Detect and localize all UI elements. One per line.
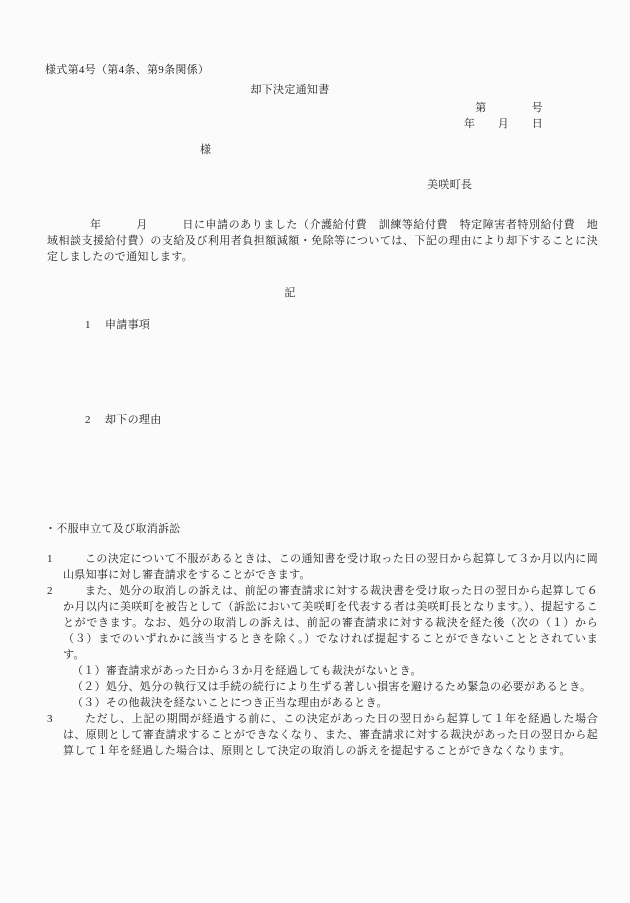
- appeal-item-text: また、処分の取消しの訴えは、前記の審査請求に対する裁決書を受け取った日の翌日から…: [63, 583, 598, 663]
- item-number: 1: [85, 317, 105, 333]
- appeal-item-3: 3 ただし、上記の期間が経過する前に、この決定があった日の翌日から起算して１年を…: [63, 711, 598, 759]
- doc-number-line: 第 号: [47, 100, 543, 116]
- record-marker: 記: [47, 285, 533, 301]
- item-label: 申請事項: [105, 319, 150, 331]
- appeal-sub-item-3: （３）その他裁決を経ないことにつき正当な理由があるとき。: [72, 695, 598, 711]
- item-label: 却下の理由: [105, 414, 162, 426]
- appeal-sub-item-1: （１）審査請求があった日から３か月を経過しても裁決がないとき。: [72, 663, 598, 679]
- appeal-item-number: 1: [47, 551, 53, 567]
- issuer-title: 美咲町長: [427, 177, 598, 193]
- document-page: 様式第4号（第4条、第9条関係） 却下決定通知書 第 号 年 月 日 様 美咲町…: [0, 0, 630, 903]
- body-paragraph: 年 月 日に申請のありました（介護給付費 訓練等給付費 特定障害者特別給付費 地…: [47, 217, 598, 265]
- listed-item-rejection-reason: 2却下の理由: [85, 412, 598, 428]
- appeal-item-text: この決定について不服があるときは、この通知書を受け取った日の翌日から起算して３か…: [63, 551, 598, 583]
- date-line: 年 月 日: [47, 116, 543, 132]
- appeal-item-text: ただし、上記の期間が経過する前に、この決定があった日の翌日から起算して１年を経過…: [63, 711, 598, 759]
- appeal-item-2: 2 また、処分の取消しの訴えは、前記の審査請求に対する裁決書を受け取った日の翌日…: [63, 583, 598, 711]
- header-right-block: 第 号 年 月 日: [47, 100, 598, 132]
- appeal-item-1: 1 この決定について不服があるときは、この通知書を受け取った日の翌日から起算して…: [63, 551, 598, 583]
- appeal-item-number: 3: [47, 711, 53, 727]
- appeal-item-number: 2: [47, 583, 53, 599]
- appeal-list: 1 この決定について不服があるときは、この通知書を受け取った日の翌日から起算して…: [47, 551, 598, 759]
- appeal-sub-item-2: （２）処分、処分の執行又は手続の続行により生ずる著しい損害を避けるため緊急の必要…: [72, 679, 598, 695]
- item-number: 2: [85, 412, 105, 428]
- addressee-suffix: 様: [200, 142, 598, 158]
- appeal-section-heading: ・不服申立て及び取消訴訟: [45, 521, 598, 537]
- page-title: 却下決定通知書: [47, 82, 533, 98]
- form-number: 様式第4号（第4条、第9条関係）: [45, 62, 598, 78]
- appeal-sub-items: （１）審査請求があった日から３か月を経過しても裁決がないとき。 （２）処分、処分…: [72, 663, 598, 711]
- listed-item-application: 1申請事項: [85, 317, 598, 333]
